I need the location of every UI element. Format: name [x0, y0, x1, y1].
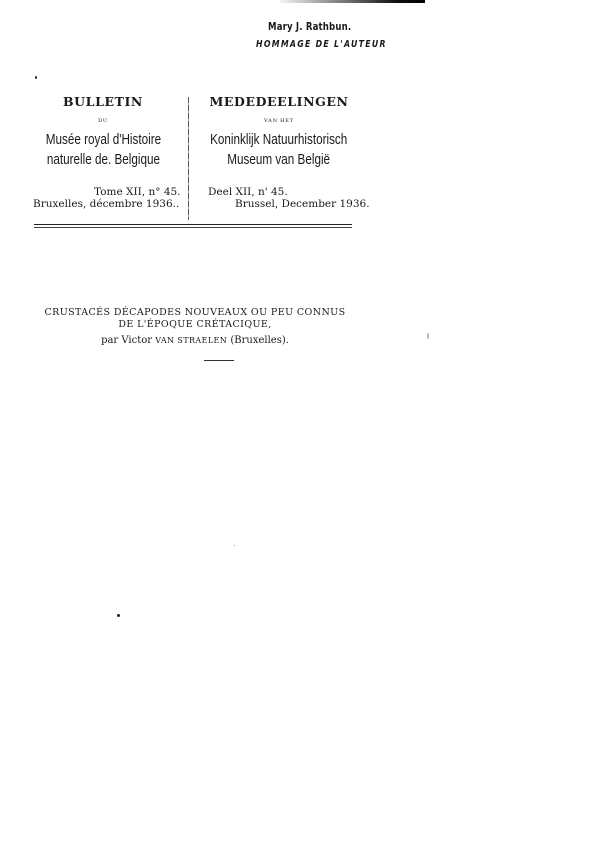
institution-name-fr-line1: Musée royal d'Histoire	[30, 131, 176, 148]
connector-van-het: VAN HET	[198, 118, 360, 124]
byline-prefix: par Victor	[101, 335, 155, 346]
header-double-rule-top	[34, 224, 352, 225]
article-byline: par Victor Van Straelen (Bruxelles).	[30, 335, 360, 346]
author-surname: Van Straelen	[155, 336, 227, 345]
place-date-fr: Bruxelles, décembre 1936..	[33, 198, 179, 210]
paper-speck	[234, 545, 235, 546]
place-date-nl: Brussel, December 1936.	[235, 198, 370, 210]
section-separator-rule	[204, 360, 234, 361]
mededeelingen-heading: MEDEDEELINGEN	[198, 94, 360, 109]
paper-speck	[117, 614, 120, 617]
header-double-rule-bottom	[34, 227, 352, 228]
volume-number-fr: Tome XII, n° 45.	[94, 186, 181, 198]
institution-name-nl-line1: Koninklijk Natuurhistorisch	[198, 131, 360, 148]
column-divider	[188, 97, 189, 220]
institution-name-fr-line2: naturelle de. Belgique	[30, 151, 176, 168]
connector-du: DU	[30, 118, 176, 124]
paper-speck	[427, 333, 429, 339]
bulletin-heading: BULLETIN	[30, 94, 176, 109]
volume-number-nl: Deel XII, n' 45.	[208, 186, 288, 198]
article-title-line2: DE L'ÉPOQUE CRÉTACIQUE,	[30, 319, 360, 330]
article-title-line1: CRUSTACÉS DÉCAPODES NOUVEAUX OU PEU CONN…	[30, 307, 360, 318]
byline-suffix: (Bruxelles).	[227, 335, 289, 346]
institution-name-nl-line2: Museum van België	[198, 151, 360, 168]
